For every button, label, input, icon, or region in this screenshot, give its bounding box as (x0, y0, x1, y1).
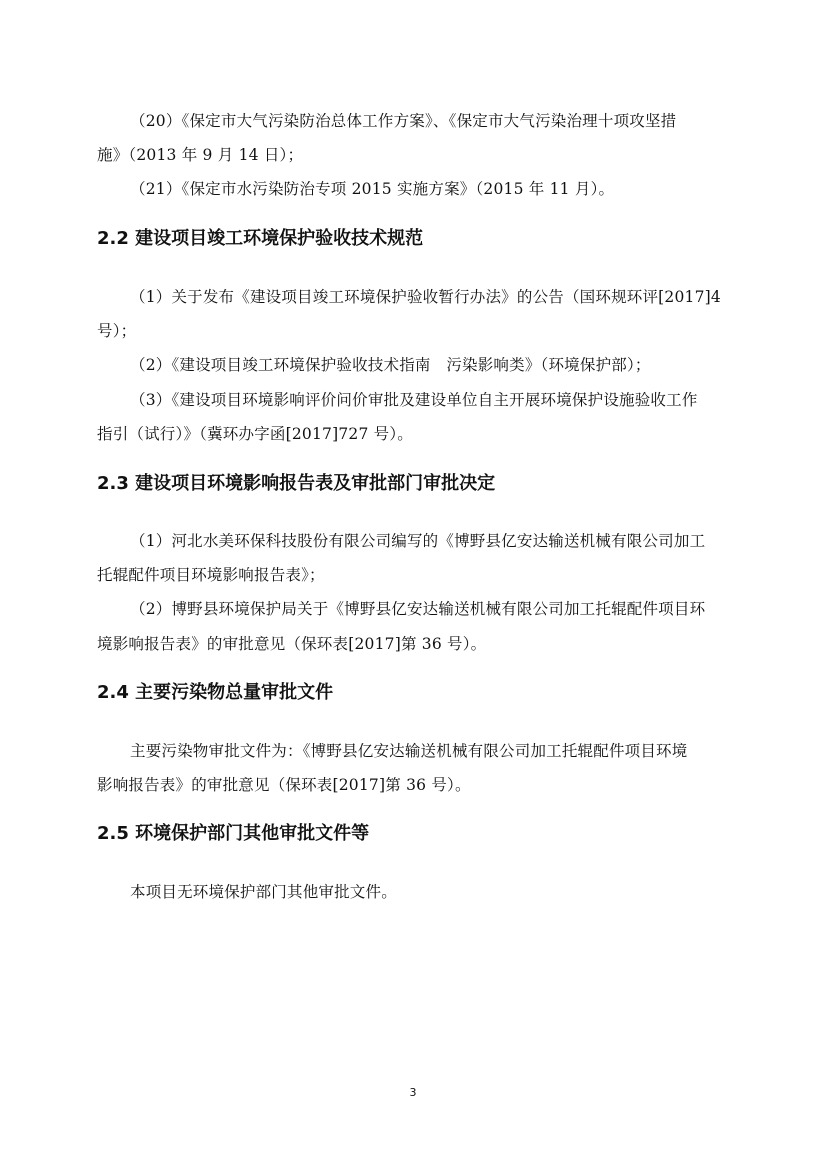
s22-item-3-line2: 指引（试行）》（冀环办字函[2017]727 号）。 (97, 424, 729, 445)
s25-item-1: 本项目无环境保护部门其他审批文件。 (130, 882, 762, 903)
s22-item-1-line2: 号）； (97, 321, 729, 342)
s22-item-3-line1: （3）《建设项目环境影响评价问价审批及建设单位自主开展环境保护设施验收工作 (130, 390, 762, 411)
document-page: （20）《保定市大气污染防治总体工作方案》、《保定市大气污染治理十项攻坚措 施》… (0, 0, 826, 1169)
s24-item-1-line2: 影响报告表》的审批意见（保环表[2017]第 36 号）。 (97, 775, 729, 796)
s24-item-1-line1: 主要污染物审批文件为：《博野县亿安达输送机械有限公司加工托辊配件项目环境 (130, 741, 762, 762)
section-heading-2-3: 2.3 建设项目环境影响报告表及审批部门审批决定 (97, 472, 495, 496)
s23-item-2-line2: 境影响报告表》的审批意见（保环表[2017]第 36 号）。 (97, 634, 729, 655)
section-heading-2-5: 2.5 环境保护部门其他审批文件等 (97, 822, 369, 846)
paragraph-item-20-line1: （20）《保定市大气污染防治总体工作方案》、《保定市大气污染治理十项攻坚措 (130, 111, 762, 132)
s22-item-1-line1: （1）关于发布《建设项目竣工环境保护验收暂行办法》的公告（国环规环评[2017]… (130, 287, 762, 308)
s22-item-2: （2）《建设项目竣工环境保护验收技术指南 污染影响类》（环境保护部）； (130, 355, 762, 376)
paragraph-item-20-line2: 施》（2013 年 9 月 14 日）； (97, 145, 729, 166)
section-heading-2-2: 2.2 建设项目竣工环境保护验收技术规范 (97, 227, 423, 251)
section-heading-2-4: 2.4 主要污染物总量审批文件 (97, 681, 333, 705)
s23-item-2-line1: （2）博野县环境保护局关于《博野县亿安达输送机械有限公司加工托辊配件项目环 (130, 599, 762, 620)
paragraph-item-21: （21）《保定市水污染防治专项 2015 实施方案》（2015 年 11 月）。 (130, 179, 762, 200)
s23-item-1-line1: （1）河北水美环保科技股份有限公司编写的《博野县亿安达输送机械有限公司加工 (130, 531, 762, 552)
s23-item-1-line2: 托辊配件项目环境影响报告表》； (97, 565, 729, 586)
page-number: 3 (0, 1086, 826, 1099)
